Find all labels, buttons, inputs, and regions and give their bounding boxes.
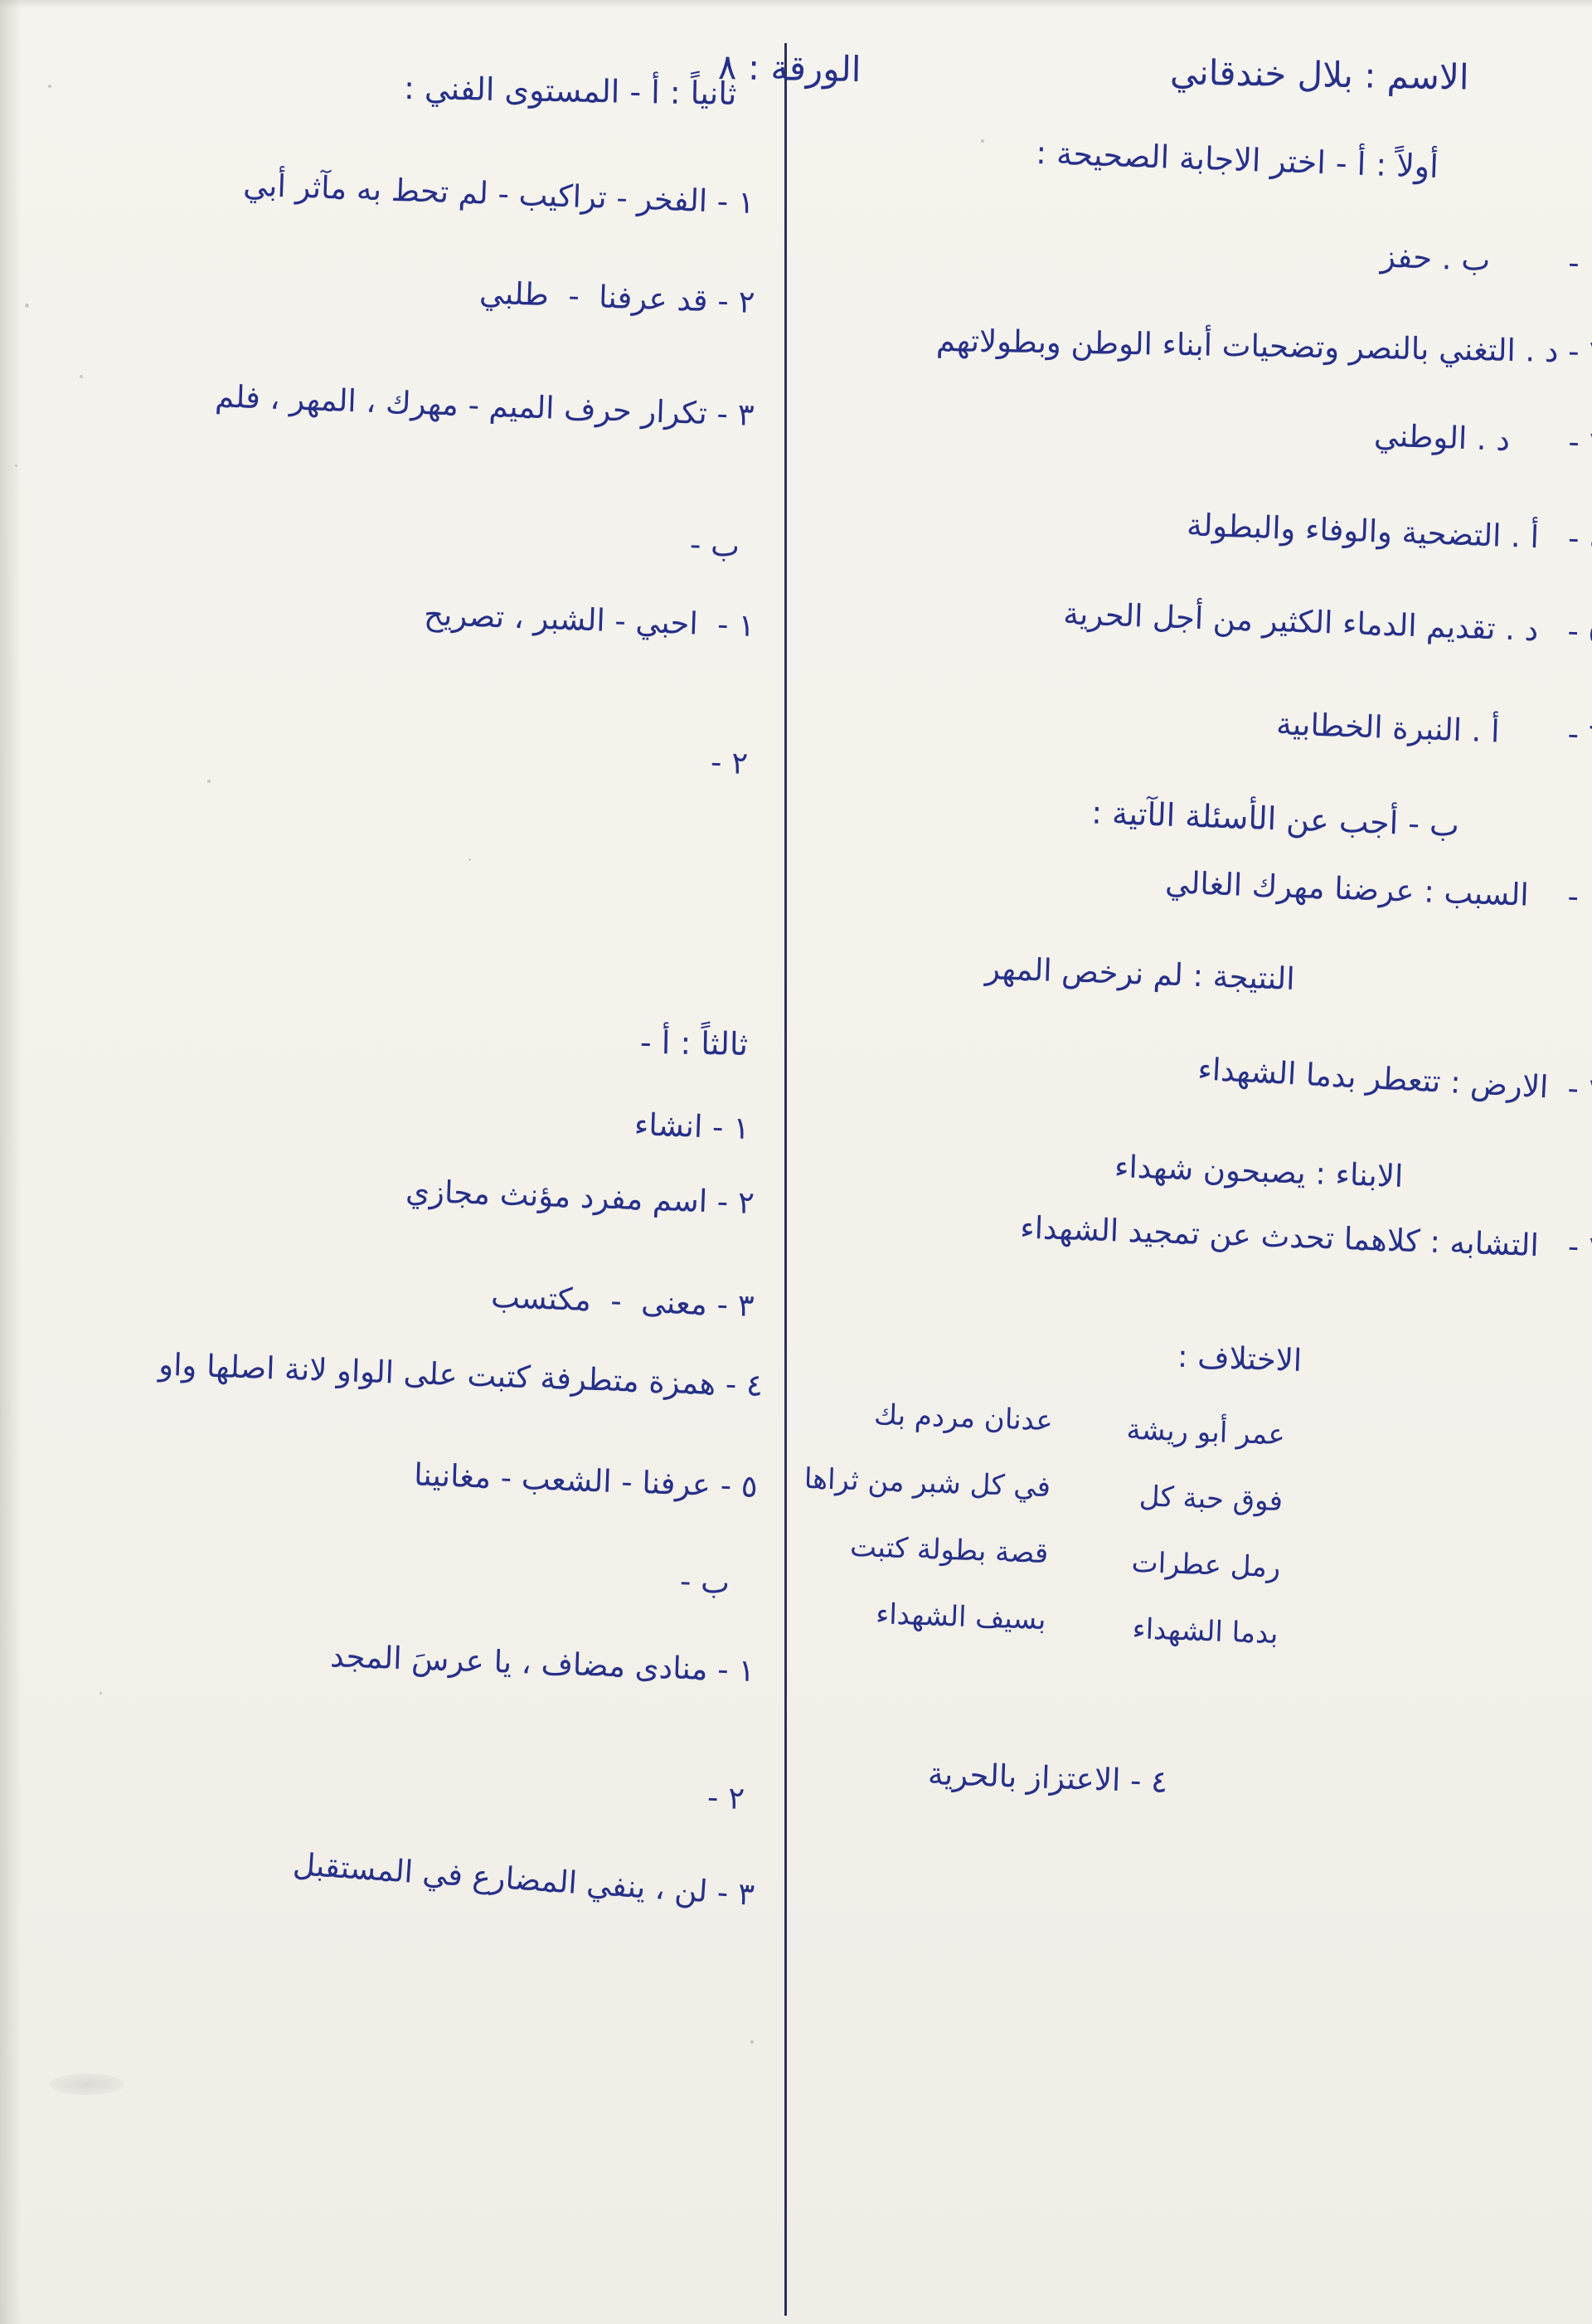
- poet-name: عدنان مردم بك: [803, 1396, 1053, 1437]
- poet-column-omar-abu-risha: عمر أبو ريشة فوق حبة كل رمل عطرات بدما ا…: [1077, 1412, 1285, 1684]
- answer-line-b3-similarity: ٣ - التشابه : كلاهما تحدث عن تمجيد الشهد…: [1020, 1208, 1592, 1267]
- difference-label: الاختلاف :: [1177, 1338, 1303, 1380]
- student-name-line: الاسم : بلال خندقاني: [1169, 7, 1536, 143]
- answer-line-q4: ٤ - أ . التضحية والوفاء والبطولة: [1186, 506, 1592, 559]
- answer-line-a2: ٢ - قد عرفنا - طلبي: [478, 274, 755, 322]
- part-b-label-2: ب -: [679, 1563, 730, 1602]
- answer-line-t5: ٥ - عرفنا - الشعب - مغانينا: [414, 1456, 759, 1507]
- answer-line-b1-result: النتيجة : لم نرخص المهر: [985, 950, 1296, 999]
- answer-line-t3: ٣ - معنى - مكتسب: [491, 1278, 755, 1325]
- poet-verse-line: بسيف الشهداء: [797, 1595, 1046, 1636]
- section-three-header: ثالثاً : أ -: [640, 1023, 749, 1065]
- name-label: الاسم :: [1364, 55, 1469, 97]
- answer-line-b2-land: ٢ - الارض : تتعطر بدما الشهداء: [1197, 1050, 1592, 1110]
- answer-line-tb3: ٣ - لن ، ينفي المضارع في المستقبل: [292, 1845, 756, 1914]
- section-one-part-b-header: ب - أجب عن الأسئلة الآتية :: [1091, 794, 1460, 846]
- left-column: ثانياً : أ - المستوى الفني : ١ - الفخر -…: [0, 0, 788, 2324]
- answer-line-b2-blank: ٢ -: [710, 743, 749, 783]
- exam-answer-sheet-scan: الاسم : بلال خندقاني أولاً : أ - اختر ال…: [0, 0, 1592, 2324]
- answer-line-q6: ٦ - أ . النبرة الخطابية: [1276, 705, 1592, 755]
- answer-line-tb2-blank: ٢ -: [706, 1778, 745, 1818]
- right-column: الاسم : بلال خندقاني أولاً : أ - اختر ال…: [788, 0, 1592, 2324]
- answer-line-b2-sons: الابناء : يصبحون شهداء: [1114, 1148, 1404, 1196]
- poet-verse-line: رمل عطرات: [1081, 1544, 1281, 1584]
- poet-column-adnan-mardam-bek: عدنان مردم بك في كل شبر من ثراها قصة بطو…: [796, 1396, 1054, 1670]
- answer-line-t2: ٢ - اسم مفرد مؤنث مجازي: [405, 1172, 755, 1223]
- answer-line-q5: ٥ - د . تقديم الدماء الكثير من أجل الحري…: [1063, 595, 1592, 652]
- answer-line-q1: ١ - ب . حفز: [1380, 238, 1592, 284]
- answer-line-q3: ٣ - د . الوطني: [1373, 416, 1592, 463]
- answer-line-b1-cause: ١ - السبب : عرضنا مهرك الغالي: [1165, 863, 1592, 917]
- poet-verse-line: قصة بطولة كتبت: [799, 1529, 1049, 1570]
- answer-line-tb1: ١ - منادى مضاف ، يا عرسَ المجد: [329, 1637, 755, 1690]
- section-one-header: أولاً : أ - اختر الاجابة الصحيحة :: [1036, 134, 1439, 187]
- answer-line-b4: ٤ - الاعتزاز بالحرية: [927, 1755, 1167, 1801]
- section-two-header: ثانياً : أ - المستوى الفني :: [403, 69, 736, 114]
- student-name: بلال خندقاني: [1170, 51, 1354, 95]
- answer-line-t1: ١ - انشاء: [633, 1106, 750, 1148]
- poet-name: عمر أبو ريشة: [1085, 1412, 1285, 1451]
- answer-line-a3: ٣ - تكرار حرف الميم - مهرك ، المهر ، فلم: [215, 377, 755, 435]
- poet-verse-line: بدما الشهداء: [1079, 1611, 1279, 1651]
- answer-line-q2: ٢ - د . التغني بالنصر وتضحيات أبناء الوط…: [936, 322, 1592, 372]
- answer-line-t4: ٤ - همزة متطرفة كتبت على الواو لانة اصله…: [158, 1346, 764, 1406]
- answer-line-b1: ١ - احبي - الشبر ، تصريح: [423, 596, 755, 645]
- part-b-label: ب -: [689, 526, 740, 566]
- poet-verse-line: في كل شبر من ثراها: [801, 1462, 1051, 1504]
- poet-verse-line: فوق حبة كل: [1083, 1478, 1283, 1518]
- answer-line-a1: ١ - الفخر - تراكيب - لم تحط به مآثر أبي: [243, 166, 755, 222]
